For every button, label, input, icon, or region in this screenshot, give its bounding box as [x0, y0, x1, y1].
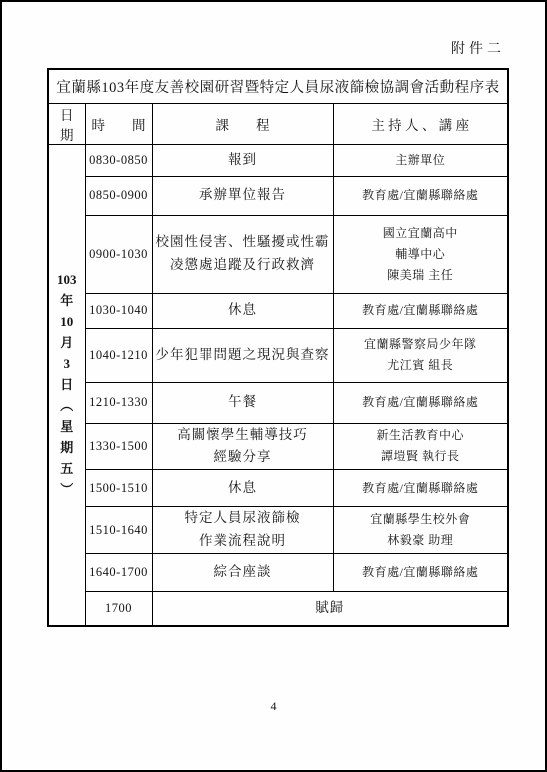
date-cell: 103 年 10 月 3 日 ︵ 星 期 五 ︶ — [48, 144, 85, 626]
time-cell: 1040-1210 — [85, 328, 152, 382]
course-cell: 報到 — [152, 144, 333, 176]
table-title: 宜蘭縣103年度友善校園研習暨特定人員尿液篩檢協調會活動程序表 — [48, 69, 508, 103]
schedule-table: 宜蘭縣103年度友善校園研習暨特定人員尿液篩檢協調會活動程序表 日 期 時 間 … — [47, 68, 509, 627]
course-cell: 承辦單位報告 — [152, 176, 333, 215]
host-cell: 教育處/宜蘭縣聯絡處 — [333, 554, 508, 592]
time-cell: 1500-1510 — [85, 470, 152, 507]
host-cell: 國立宜蘭高中 輔導中心 陳美瑞 主任 — [333, 215, 508, 293]
col-header-course: 課 程 — [152, 103, 333, 144]
course-cell: 午餐 — [152, 382, 333, 423]
table-row: 1030-1040 休息 教育處/宜蘭縣聯絡處 — [48, 293, 508, 328]
table-row: 1700 賦歸 — [48, 592, 508, 626]
course-cell: 少年犯罪問題之現況與查察 — [152, 328, 333, 382]
time-cell: 1640-1700 — [85, 554, 152, 592]
course-cell: 高關懷學生輔導技巧 經驗分享 — [152, 423, 333, 470]
table-row: 1500-1510 休息 教育處/宜蘭縣聯絡處 — [48, 470, 508, 507]
table-row: 1640-1700 綜合座談 教育處/宜蘭縣聯絡處 — [48, 554, 508, 592]
table-row: 1210-1330 午餐 教育處/宜蘭縣聯絡處 — [48, 382, 508, 423]
table-row: 103 年 10 月 3 日 ︵ 星 期 五 ︶ 0830-0850 報到 主辦… — [48, 144, 508, 176]
col-header-time: 時 間 — [85, 103, 152, 144]
col-header-date: 日 期 — [48, 103, 85, 144]
course-cell: 綜合座談 — [152, 554, 333, 592]
header-row: 日 期 時 間 課 程 主 持 人 、 講 座 — [48, 103, 508, 144]
course-cell: 特定人員尿液篩檢 作業流程說明 — [152, 507, 333, 554]
host-cell: 教育處/宜蘭縣聯絡處 — [333, 176, 508, 215]
title-row: 宜蘭縣103年度友善校園研習暨特定人員尿液篩檢協調會活動程序表 — [48, 69, 508, 103]
time-cell: 0830-0850 — [85, 144, 152, 176]
host-cell: 宜蘭縣學生校外會 林毅豪 助理 — [333, 507, 508, 554]
course-cell: 休息 — [152, 470, 333, 507]
col-header-host: 主 持 人 、 講 座 — [333, 103, 508, 144]
host-cell: 新生活教育中心 譚塏賢 執行長 — [333, 423, 508, 470]
document-page: 附件二 宜蘭縣103年度友善校園研習暨特定人員尿液篩檢協調會活動程序表 日 期 … — [0, 0, 547, 772]
attachment-label: 附件二 — [451, 38, 505, 58]
time-cell: 0900-1030 — [85, 215, 152, 293]
time-cell: 0850-0900 — [85, 176, 152, 215]
table-row: 1040-1210 少年犯罪問題之現況與查察 宜蘭縣警察局少年隊 尤江賓 組長 — [48, 328, 508, 382]
table-row: 0900-1030 校園性侵害、性騷擾或性霸 凌懲處追蹤及行政救濟 國立宜蘭高中… — [48, 215, 508, 293]
table-row: 0850-0900 承辦單位報告 教育處/宜蘭縣聯絡處 — [48, 176, 508, 215]
table-row: 1330-1500 高關懷學生輔導技巧 經驗分享 新生活教育中心 譚塏賢 執行長 — [48, 423, 508, 470]
time-cell: 1030-1040 — [85, 293, 152, 328]
host-cell: 宜蘭縣警察局少年隊 尤江賓 組長 — [333, 328, 508, 382]
time-cell: 1210-1330 — [85, 382, 152, 423]
time-cell: 1510-1640 — [85, 507, 152, 554]
page-number: 4 — [2, 699, 545, 714]
host-cell: 主辦單位 — [333, 144, 508, 176]
course-cell-merged: 賦歸 — [152, 592, 508, 626]
course-cell: 休息 — [152, 293, 333, 328]
course-cell: 校園性侵害、性騷擾或性霸 凌懲處追蹤及行政救濟 — [152, 215, 333, 293]
time-cell: 1330-1500 — [85, 423, 152, 470]
host-cell: 教育處/宜蘭縣聯絡處 — [333, 470, 508, 507]
table-row: 1510-1640 特定人員尿液篩檢 作業流程說明 宜蘭縣學生校外會 林毅豪 助… — [48, 507, 508, 554]
host-cell: 教育處/宜蘭縣聯絡處 — [333, 293, 508, 328]
host-cell: 教育處/宜蘭縣聯絡處 — [333, 382, 508, 423]
time-cell: 1700 — [85, 592, 152, 626]
